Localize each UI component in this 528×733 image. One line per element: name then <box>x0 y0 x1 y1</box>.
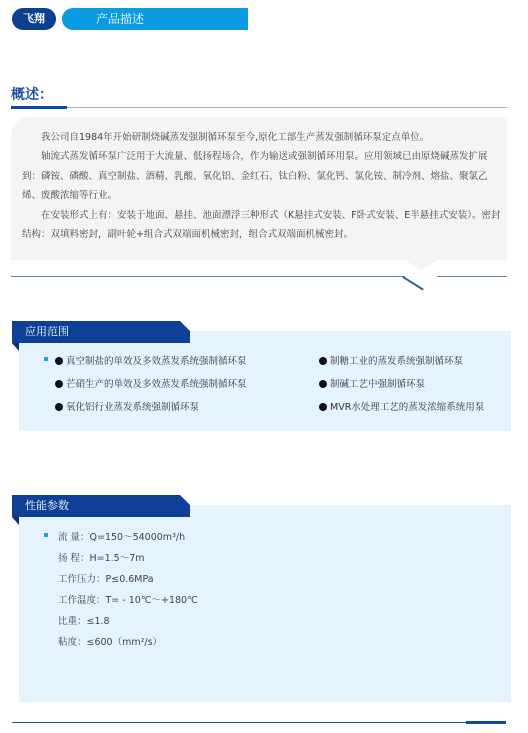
bullet-square-icon <box>44 533 48 537</box>
bullet-dot-icon <box>55 403 63 411</box>
application-item: 真空制盐的单效及多效蒸发系统强制循环泵 <box>55 353 247 367</box>
overview-divider-accent <box>11 106 67 109</box>
applications-title-tab: 应用范围 <box>12 321 190 343</box>
parameter-viscosity: 粘度：≤600（mm²/s） <box>58 634 162 648</box>
parameter-head: 扬 程：H=1.5～7m <box>58 550 145 564</box>
application-item: 制糖工业的蒸发系统强制循环泵 <box>319 353 463 367</box>
overview-paragraph: 轴流式蒸发循环泵广泛用于大流量、低扬程场合，作为输送或强制循环用泵。应用领域已由… <box>22 147 502 205</box>
parameters-title-tab: 性能参数 <box>12 495 190 517</box>
bullet-dot-icon <box>319 403 327 411</box>
overview-paragraph: 我公司自1984年开始研制烧碱蒸发强制循环泵至今,原化工部生产蒸发强制循环泵定点… <box>22 128 502 147</box>
application-item: 芒硝生产的单效及多效蒸发系统强制循环泵 <box>55 376 247 390</box>
parameters-tab-fold <box>12 517 19 525</box>
bullet-square-icon <box>44 357 48 361</box>
overview-bottom-line-left <box>11 276 405 277</box>
overview-paragraph: 在安装形式上有：安装于地面、悬挂、池面漂浮三种形式（K悬挂式安装、F卧式安装、E… <box>22 206 502 245</box>
overview-divider <box>11 107 507 108</box>
overview-bottom-line-right <box>437 276 507 277</box>
applications-tab-fold <box>12 343 19 351</box>
overview-body: 我公司自1984年开始研制烧碱蒸发强制循环泵至今,原化工部生产蒸发强制循环泵定点… <box>22 128 502 244</box>
overview-bottom-line-diagonal <box>403 276 424 290</box>
overview-notch <box>405 260 437 270</box>
application-item: MVR水处理工艺的蒸发浓缩系统用泵 <box>319 399 484 413</box>
brand-badge: 飞翔 <box>12 8 56 30</box>
bullet-dot-icon <box>319 380 327 388</box>
application-item: 氧化铝行业蒸发系统强制循环泵 <box>55 399 199 413</box>
parameter-flow: 流 量：Q=150～54000m³/h <box>58 529 185 543</box>
overview-heading: 概述： <box>11 84 53 104</box>
footer-divider-accent <box>466 721 506 724</box>
footer-divider <box>12 722 506 723</box>
bullet-dot-icon <box>55 357 63 365</box>
parameter-temperature: 工作温度：T= - 10℃～+180℃ <box>58 592 198 606</box>
parameter-specific-gravity: 比重：≤1.8 <box>58 613 110 627</box>
application-item: 制碱工艺中强制循环泵 <box>319 376 425 390</box>
parameter-pressure: 工作压力：P≤0.6MPa <box>58 571 154 585</box>
page-title-bar: 产品描述 <box>62 8 248 30</box>
bullet-dot-icon <box>55 380 63 388</box>
bullet-dot-icon <box>319 357 327 365</box>
